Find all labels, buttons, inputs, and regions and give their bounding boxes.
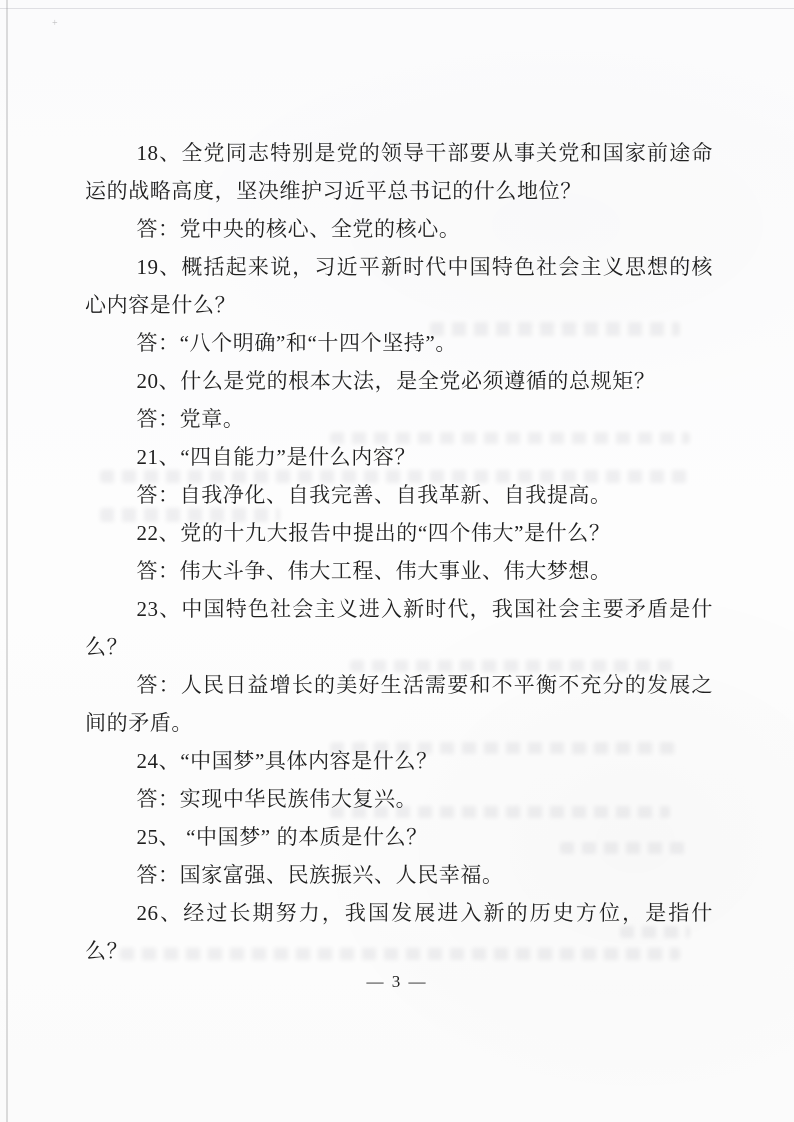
scan-edge-artifact: [0, 8, 794, 9]
document-page: + 18、全党同志特别是党的领导干部要从事关党和国家前途命运的战略高度，坚决维护…: [0, 0, 794, 1122]
question-paragraph: 22、党的十九大报告中提出的“四个伟大”是什么？: [85, 514, 713, 552]
question-paragraph: 20、什么是党的根本大法，是全党必须遵循的总规矩？: [85, 362, 713, 400]
answer-paragraph: 答：党章。: [85, 400, 713, 438]
question-paragraph: 21、“四自能力”是什么内容？: [85, 438, 713, 476]
page-number: — 3 —: [0, 972, 794, 992]
answer-paragraph: 答：自我净化、自我完善、自我革新、自我提高。: [85, 476, 713, 514]
question-paragraph: 25、 “中国梦” 的本质是什么？: [85, 818, 713, 856]
document-body-text: 18、全党同志特别是党的领导干部要从事关党和国家前途命运的战略高度，坚决维护习近…: [85, 134, 713, 970]
scan-dust-artifact: +: [52, 18, 58, 29]
scan-edge-artifact: [6, 0, 8, 1122]
question-paragraph: 18、全党同志特别是党的领导干部要从事关党和国家前途命运的战略高度，坚决维护习近…: [85, 134, 713, 210]
question-paragraph: 23、中国特色社会主义进入新时代，我国社会主要矛盾是什么？: [85, 590, 713, 666]
answer-paragraph: 答：人民日益增长的美好生活需要和不平衡不充分的发展之间的矛盾。: [85, 666, 713, 742]
answer-paragraph: 答：伟大斗争、伟大工程、伟大事业、伟大梦想。: [85, 552, 713, 590]
question-paragraph: 19、概括起来说，习近平新时代中国特色社会主义思想的核心内容是什么？: [85, 248, 713, 324]
answer-paragraph: 答：“八个明确”和“十四个坚持”。: [85, 324, 713, 362]
answer-paragraph: 答：国家富强、民族振兴、人民幸福。: [85, 856, 713, 894]
question-paragraph: 26、经过长期努力，我国发展进入新的历史方位，是指什么？: [85, 894, 713, 970]
answer-paragraph: 答：实现中华民族伟大复兴。: [85, 780, 713, 818]
answer-paragraph: 答：党中央的核心、全党的核心。: [85, 210, 713, 248]
question-paragraph: 24、“中国梦”具体内容是什么？: [85, 742, 713, 780]
